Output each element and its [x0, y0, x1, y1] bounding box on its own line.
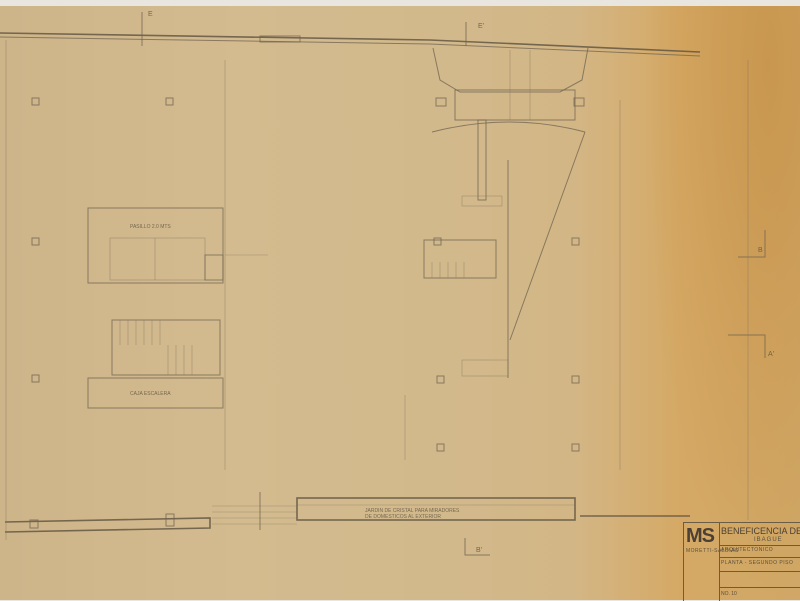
title-block: MS MORETTI-SALDIAS BENEFICENCIA DEL TO I…: [683, 522, 800, 600]
svg-text:B': B': [476, 547, 482, 554]
title-block-rule: [719, 545, 800, 546]
floor-plan-drawing: E E' B A': [0, 0, 800, 600]
title-block-rule: [719, 587, 800, 588]
drawing-category: ARQUITECTONICO: [721, 547, 773, 553]
svg-text:PASILLO 2.0 MTS: PASILLO 2.0 MTS: [130, 224, 171, 230]
svg-text:DE DOMESTICOS AL EXTERIOR: DE DOMESTICOS AL EXTERIOR: [365, 514, 441, 520]
project-location: IBAGUE: [754, 537, 783, 543]
svg-text:E: E: [148, 11, 153, 18]
svg-text:E': E': [478, 23, 484, 30]
svg-text:B: B: [758, 247, 763, 254]
svg-text:CAJA ESCALERA: CAJA ESCALERA: [130, 391, 171, 397]
project-title: BENEFICENCIA DEL TO: [721, 526, 800, 536]
title-block-rule: [719, 571, 800, 572]
sheet-number: NO. 10: [721, 591, 737, 597]
drawing-name: PLANTA - SEGUNDO PISO: [721, 560, 793, 566]
title-block-rule: [719, 557, 800, 558]
svg-text:A': A': [768, 351, 774, 358]
title-block-divider: [719, 523, 720, 600]
firm-logo: MS: [686, 525, 714, 548]
